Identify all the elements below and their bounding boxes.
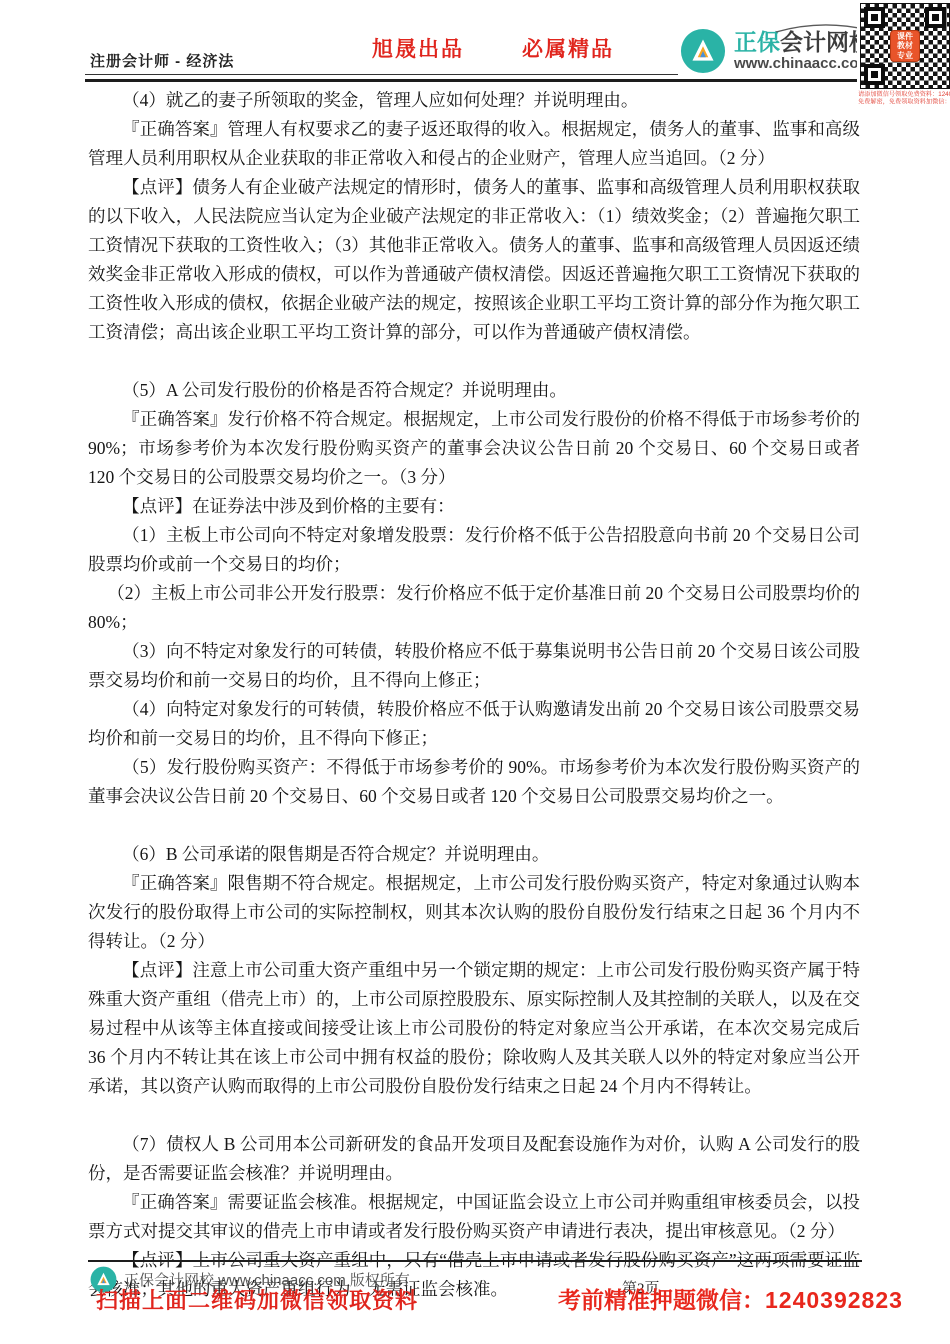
- brand-name: 正保会计网校: [734, 30, 872, 54]
- qr-finder-icon: [925, 7, 946, 28]
- qr-badge-line: 教材: [897, 41, 913, 50]
- header-slogans: 旭晟出品 必属精品: [372, 33, 614, 63]
- slogan-right: 必属精品: [522, 33, 614, 63]
- page-header: 旭晟出品 必属精品 注册会计师 - 经济法 正保会计网校 www.chinaac…: [0, 0, 950, 86]
- header-rule-thick: [85, 79, 950, 82]
- qr-caption-line2: 免费解密，免费领取资料加微信：1240392823: [858, 99, 945, 107]
- qr-finder-icon: [864, 7, 885, 28]
- qr-block: 课件 教材 专业 请添加微信号领取免费资料：1240392823 免费解密，免费…: [857, 3, 950, 107]
- question-5: （5）A 公司发行股份的价格是否符合规定？并说明理由。: [88, 376, 860, 405]
- answer-7: 『正确答案』需要证监会核准。根据规定，中国证监会设立上市公司并购重组审核委员会，…: [88, 1188, 860, 1246]
- document-page: 旭晟出品 必属精品 注册会计师 - 经济法 正保会计网校 www.chinaac…: [0, 0, 950, 1344]
- comment-5-item-2: （2）主板上市公司非公开发行股票：发行价格应不低于定价基准日前 20 个交易日公…: [88, 579, 860, 637]
- comment-5-item-3: （3）向不特定对象发行的可转债，转股价格应不低于募集说明书公告日前 20 个交易…: [88, 637, 860, 695]
- slogan-left: 旭晟出品: [372, 33, 464, 63]
- brand-text: 正保会计网校 www.chinaacc.com: [734, 30, 872, 72]
- qr-code: 课件 教材 专业: [860, 3, 950, 89]
- question-6: （6）B 公司承诺的限售期是否符合规定？并说明理由。: [88, 840, 860, 869]
- question-4: （4）就乙的妻子所领取的奖金，管理人应如何处理？并说明理由。: [88, 86, 860, 115]
- question-7: （7）债权人 B 公司用本公司新研发的食品开发项目及配套设施作为对价，认购 A …: [88, 1130, 860, 1188]
- comment-5-item-5: （5）发行股份购买资产：不得低于市场参考价的 90%。市场参考价为本次发行股份购…: [88, 753, 860, 811]
- brand-swoosh-icon: [774, 23, 870, 33]
- wechat-id: 1240392823: [765, 1287, 903, 1313]
- comment-6: 【点评】注意上市公司重大资产重组中另一个锁定期的规定：上市公司发行股份购买资产属…: [88, 956, 860, 1101]
- page-footer: 正保会计网校 www.chinaacc.com 版权所有 第2页 扫描上面二维码…: [0, 1256, 950, 1344]
- brand-logo-icon: [680, 28, 726, 74]
- answer-5: 『正确答案』发行价格不符合规定。根据规定，上市公司发行股份的价格不得低于市场参考…: [88, 405, 860, 492]
- qr-caption: 请添加微信号领取免费资料：1240392823 免费解密，免费领取资料加微信：1…: [858, 91, 945, 106]
- qr-caption-line1: 请添加微信号领取免费资料：1240392823: [858, 91, 945, 99]
- qr-center-badge: 课件 教材 专业: [890, 30, 920, 62]
- comment-5-item-1: （1）主板上市公司向不特定对象增发股票：发行价格不低于公告招股意向书前 20 个…: [88, 521, 860, 579]
- footer-wechat-promo: 考前精准押题微信：1240392823: [558, 1282, 903, 1315]
- qr-finder-icon: [864, 64, 885, 85]
- answer-4: 『正确答案』管理人有权要求乙的妻子返还取得的收入。根据规定，债务人的董事、监事和…: [88, 115, 860, 173]
- qr-badge-line: 专业: [897, 51, 913, 60]
- footer-rule: [88, 1260, 862, 1262]
- comment-5-item-4: （4）向特定对象发行的可转债，转股价格应不低于认购邀请发出前 20 个交易日该公…: [88, 695, 860, 753]
- footer-scan-tip: 扫描上面二维码加微信领取资料: [96, 1284, 418, 1315]
- answer-6: 『正确答案』限售期不符合规定。根据规定，上市公司发行股份购买资产，特定对象通过认…: [88, 869, 860, 956]
- brand-website: www.chinaacc.com: [734, 56, 872, 72]
- wechat-label: 考前精准押题微信：: [558, 1287, 765, 1313]
- comment-5-head: 【点评】在证券法中涉及到价格的主要有：: [88, 492, 860, 521]
- comment-4: 【点评】债务人有企业破产法规定的情形时，债务人的董事、监事和高级管理人员利用职权…: [88, 173, 860, 347]
- document-body: （4）就乙的妻子所领取的奖金，管理人应如何处理？并说明理由。 『正确答案』管理人…: [88, 86, 860, 1304]
- course-title: 注册会计师 - 经济法: [90, 50, 234, 71]
- brand-logo: 正保会计网校 www.chinaacc.com: [678, 26, 878, 78]
